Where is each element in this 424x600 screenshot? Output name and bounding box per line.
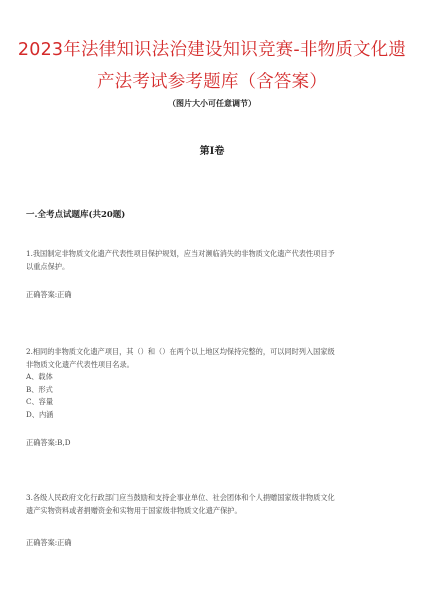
- answer-3: 正确答案:正确: [26, 538, 72, 548]
- question-text: 遗产实物资料或者捐赠资金和实物用于国家级非物质文化遗产保护。: [26, 505, 396, 518]
- document-title-line2: 产法考试参考题库（含答案）: [0, 68, 424, 93]
- answer-1: 正确答案:正确: [26, 290, 72, 300]
- question-text: 1.我国制定非物质文化遗产代表性项目保护规划，应当对濒临消失的非物质文化遗产代表…: [26, 248, 396, 261]
- question-text: 2.相同的非物质文化遗产项目，其（）和（）在两个以上地区均保持完整的，可以同时列…: [26, 346, 396, 359]
- question-2: 2.相同的非物质文化遗产项目，其（）和（）在两个以上地区均保持完整的，可以同时列…: [26, 346, 396, 421]
- answer-2: 正确答案:B,D: [26, 438, 71, 448]
- option-a: A、载体: [26, 371, 396, 384]
- option-c: C、容量: [26, 396, 396, 409]
- option-b: B、形式: [26, 384, 396, 397]
- question-text: 3.各级人民政府文化行政部门应当鼓励和支持企事业单位、社会团体和个人捐赠国家级非…: [26, 492, 396, 505]
- volume-heading: 第Ⅰ卷: [0, 142, 424, 157]
- question-1: 1.我国制定非物质文化遗产代表性项目保护规划，应当对濒临消失的非物质文化遗产代表…: [26, 248, 396, 273]
- section-header: 一.全考点试题库(共20题): [26, 208, 125, 220]
- question-text: 非物质文化遗产代表性项目名录。: [26, 359, 396, 372]
- question-text: 以重点保护。: [26, 261, 396, 274]
- document-title-line1: 2023年法律知识法治建设知识竞赛-非物质文化遗: [0, 36, 424, 61]
- question-3: 3.各级人民政府文化行政部门应当鼓励和支持企事业单位、社会团体和个人捐赠国家级非…: [26, 492, 396, 517]
- document-subtitle: （图片大小可任意调节）: [0, 98, 424, 109]
- option-d: D、内涵: [26, 409, 396, 422]
